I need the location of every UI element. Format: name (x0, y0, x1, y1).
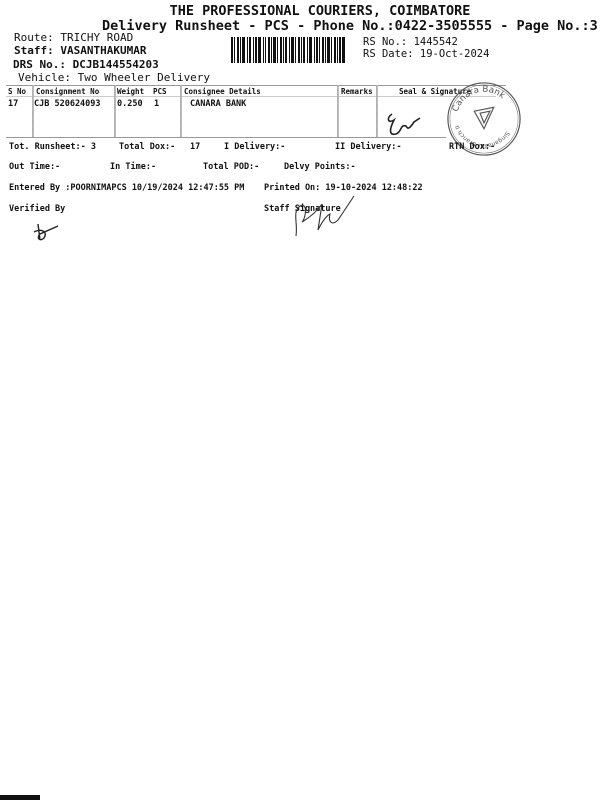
drs-number: DRS No.: DCJB144554203 (13, 58, 159, 71)
column-header-consignee-details: Consignee Details (184, 87, 261, 96)
column-header-remarks: Remarks (341, 87, 373, 96)
barcode-image (231, 37, 351, 63)
cell-pcs: 1 (154, 99, 159, 109)
vehicle-label: Vehicle: Two Wheeler Delivery (18, 71, 210, 84)
runsheet-subtitle: Delivery Runsheet - PCS - Phone No.:0422… (102, 18, 598, 34)
cell-consignment-no: CJB 520624093 (34, 99, 101, 109)
rtn-dox: RTN Dox:- (449, 142, 495, 152)
staff-signature (288, 192, 358, 240)
rs-number: RS No.: 1445542 (363, 36, 458, 48)
total-dox-label: Total Dox:- (119, 142, 175, 152)
column-header-pcs: PCS (153, 87, 167, 96)
company-title: THE PROFESSIONAL COURIERS, COIMBATORE (0, 3, 600, 19)
ii-delivery: II Delivery:- (335, 142, 402, 152)
column-header-consignment-no: Consignment No (36, 87, 99, 96)
svg-text:Canara Bank: Canara Bank (451, 85, 508, 114)
tot-runsheet: Tot. Runsheet:- 3 (9, 142, 96, 152)
cell-consignee: CANARA BANK (190, 99, 246, 109)
rs-date: RS Date: 19-Oct-2024 (363, 48, 489, 60)
verified-by-label: Verified By (9, 204, 65, 214)
in-time: In Time:- (110, 162, 156, 172)
total-dox-value: 17 (190, 142, 200, 152)
delivery-runsheet-page: { "header": { "company": "THE PROFESSION… (0, 0, 600, 800)
out-time: Out Time:- (9, 162, 60, 172)
delvy-points: Delvy Points:- (284, 162, 356, 172)
i-delivery: I Delivery:- (224, 142, 285, 152)
entered-by: Entered By :POORNIMAPCS 10/19/2024 12:47… (9, 183, 244, 193)
column-header-weight: Weight (117, 87, 144, 96)
receiver-signature (380, 110, 440, 140)
route-label: Route: TRICHY ROAD (14, 31, 133, 44)
scan-edge-artifact (0, 795, 40, 800)
cell-s-no: 17 (8, 99, 18, 109)
column-header-s-no: S No (8, 87, 26, 96)
total-pod: Total POD:- (203, 162, 259, 172)
staff-label: Staff: VASANTHAKUMAR (14, 44, 146, 57)
verifier-signature (30, 220, 64, 246)
cell-weight: 0.250 (117, 99, 143, 109)
